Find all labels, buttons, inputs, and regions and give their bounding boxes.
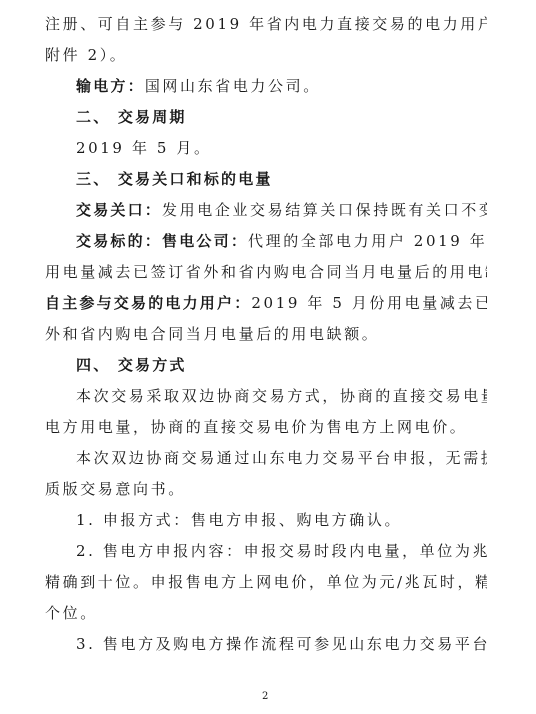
paragraph-line: 本次交易采取双边协商交易方式，协商的直接交易电量为购 xyxy=(76,385,487,407)
section-heading-gateway-volume: 三、 交易关口和标的电量 xyxy=(76,168,487,190)
transmission-party-value: 国网山东省电力公司。 xyxy=(145,77,321,95)
transmission-party-label: 输电方： xyxy=(76,77,145,95)
independent-user-line: 自主参与交易的电力用户：2019 年 5 月份用电量减去已签订省 xyxy=(45,292,487,314)
independent-user-label: 自主参与交易的电力用户： xyxy=(45,294,251,312)
retail-company-label: 售电公司： xyxy=(162,232,248,250)
paragraph-line: 外和省内购电合同当月电量后的用电缺额。 xyxy=(45,323,487,345)
independent-user-value: 2019 年 5 月份用电量减去已签订省 xyxy=(251,294,487,312)
paragraph-line: 电方用电量，协商的直接交易电价为售电方上网电价。 xyxy=(45,416,487,438)
paragraph-line: 附件 2）。 xyxy=(45,44,487,66)
transmission-party-line: 输电方：国网山东省电力公司。 xyxy=(76,75,487,97)
trading-gateway-label: 交易关口： xyxy=(76,201,162,219)
paragraph-line: 用电量减去已签订省外和省内购电合同当月电量后的用电缺额。 xyxy=(45,261,487,283)
section-heading-trading-period: 二、 交易周期 xyxy=(76,106,487,128)
trading-gateway-line: 交易关口：发用电企业交易结算关口保持既有关口不变。 xyxy=(76,199,487,221)
trading-gateway-value: 发用电企业交易结算关口保持既有关口不变。 xyxy=(162,201,487,219)
paragraph-line: 质版交易意向书。 xyxy=(45,478,487,500)
list-item-2: 2. 售电方申报内容：申报交易时段内电量，单位为兆瓦时， xyxy=(76,540,487,562)
trading-target-label: 交易标的： xyxy=(76,232,162,250)
list-item-3: 3. 售电方及购电方操作流程可参见山东电力交易平台“交 xyxy=(76,633,487,655)
section-heading-trading-method: 四、 交易方式 xyxy=(76,354,487,376)
paragraph-line: 精确到十位。申报售电方上网电价，单位为元/兆瓦时，精确到 xyxy=(45,571,487,593)
trading-target-value: 代理的全部电力用户 2019 年 5 月份 xyxy=(248,232,487,250)
list-item-1: 1. 申报方式：售电方申报、购电方确认。 xyxy=(76,509,487,531)
trading-target-line: 交易标的：售电公司：代理的全部电力用户 2019 年 5 月份 xyxy=(76,230,487,252)
page-number: 2 xyxy=(262,690,268,704)
paragraph-line: 注册、可自主参与 2019 年省内电力直接交易的电力用户（详见 xyxy=(45,13,487,35)
paragraph-line: 本次双边协商交易通过山东电力交易平台申报，无需提交纸 xyxy=(76,447,487,469)
paragraph-line: 个位。 xyxy=(45,602,487,624)
paragraph-line: 2019 年 5 月。 xyxy=(76,137,487,159)
